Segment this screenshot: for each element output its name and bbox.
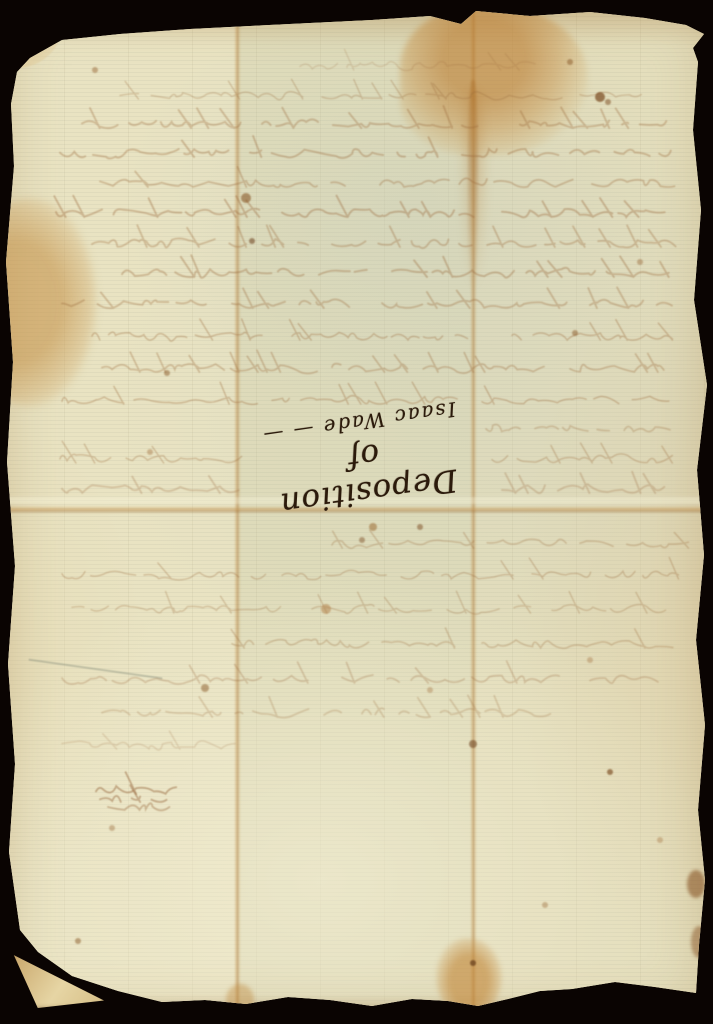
- photo-background: Deposition of Isaac Wade — —: [0, 0, 713, 1024]
- foxing-speckle: [75, 938, 81, 944]
- bleed-row: [100, 167, 675, 187]
- bleed-row: [96, 772, 176, 794]
- foxing-speckle: [109, 825, 115, 831]
- foxing-speckle: [567, 59, 573, 65]
- bleed-row: [62, 287, 672, 308]
- bleed-row: [54, 196, 672, 218]
- foxing-speckle: [595, 92, 605, 102]
- foxing-speckle: [572, 330, 578, 336]
- bleed-row: [122, 255, 683, 278]
- foxing-speckle: [469, 740, 477, 748]
- bleed-row: [60, 136, 671, 158]
- foxing-speckle: [542, 902, 548, 908]
- foxing-speckle: [249, 238, 255, 244]
- bleed-row: [62, 731, 235, 750]
- bleed-row: [62, 558, 679, 580]
- foxing-speckle: [321, 604, 331, 614]
- bleed-row: [332, 530, 688, 548]
- foxing-speckle: [427, 687, 433, 693]
- foxing-speckle: [605, 99, 611, 105]
- bleed-row: [72, 591, 666, 614]
- foxing-speckle: [359, 537, 365, 543]
- foxing-speckle: [607, 769, 613, 775]
- bleed-row: [108, 803, 169, 810]
- foxing-speckle: [637, 259, 643, 265]
- foxing-speckle: [470, 960, 476, 966]
- bleed-row: [92, 225, 676, 248]
- bleed-row: [92, 319, 672, 341]
- foxing-speckle: [241, 193, 251, 203]
- foxing-speckle: [417, 524, 423, 530]
- foxing-speckle: [147, 449, 153, 455]
- foxing-speckle: [587, 657, 593, 663]
- foxing-speckle: [657, 837, 663, 843]
- bleed-row: [62, 382, 669, 404]
- bleed-row: [120, 79, 647, 100]
- bleed-row: [231, 628, 682, 648]
- bleed-row: [102, 696, 550, 718]
- foxing-speckle: [164, 370, 170, 376]
- foxing-speckle: [369, 523, 377, 531]
- bleed-row: [82, 106, 666, 128]
- bleed-row: [300, 50, 535, 71]
- manuscript-page: Deposition of Isaac Wade — —: [0, 0, 713, 1024]
- bleed-row: [62, 661, 658, 684]
- foxing-speckle: [201, 684, 209, 692]
- bleed-row: [102, 350, 664, 373]
- bleed-row: [486, 425, 670, 432]
- bleedthrough-handwriting: [0, 0, 713, 1024]
- foxing-speckle: [92, 67, 98, 73]
